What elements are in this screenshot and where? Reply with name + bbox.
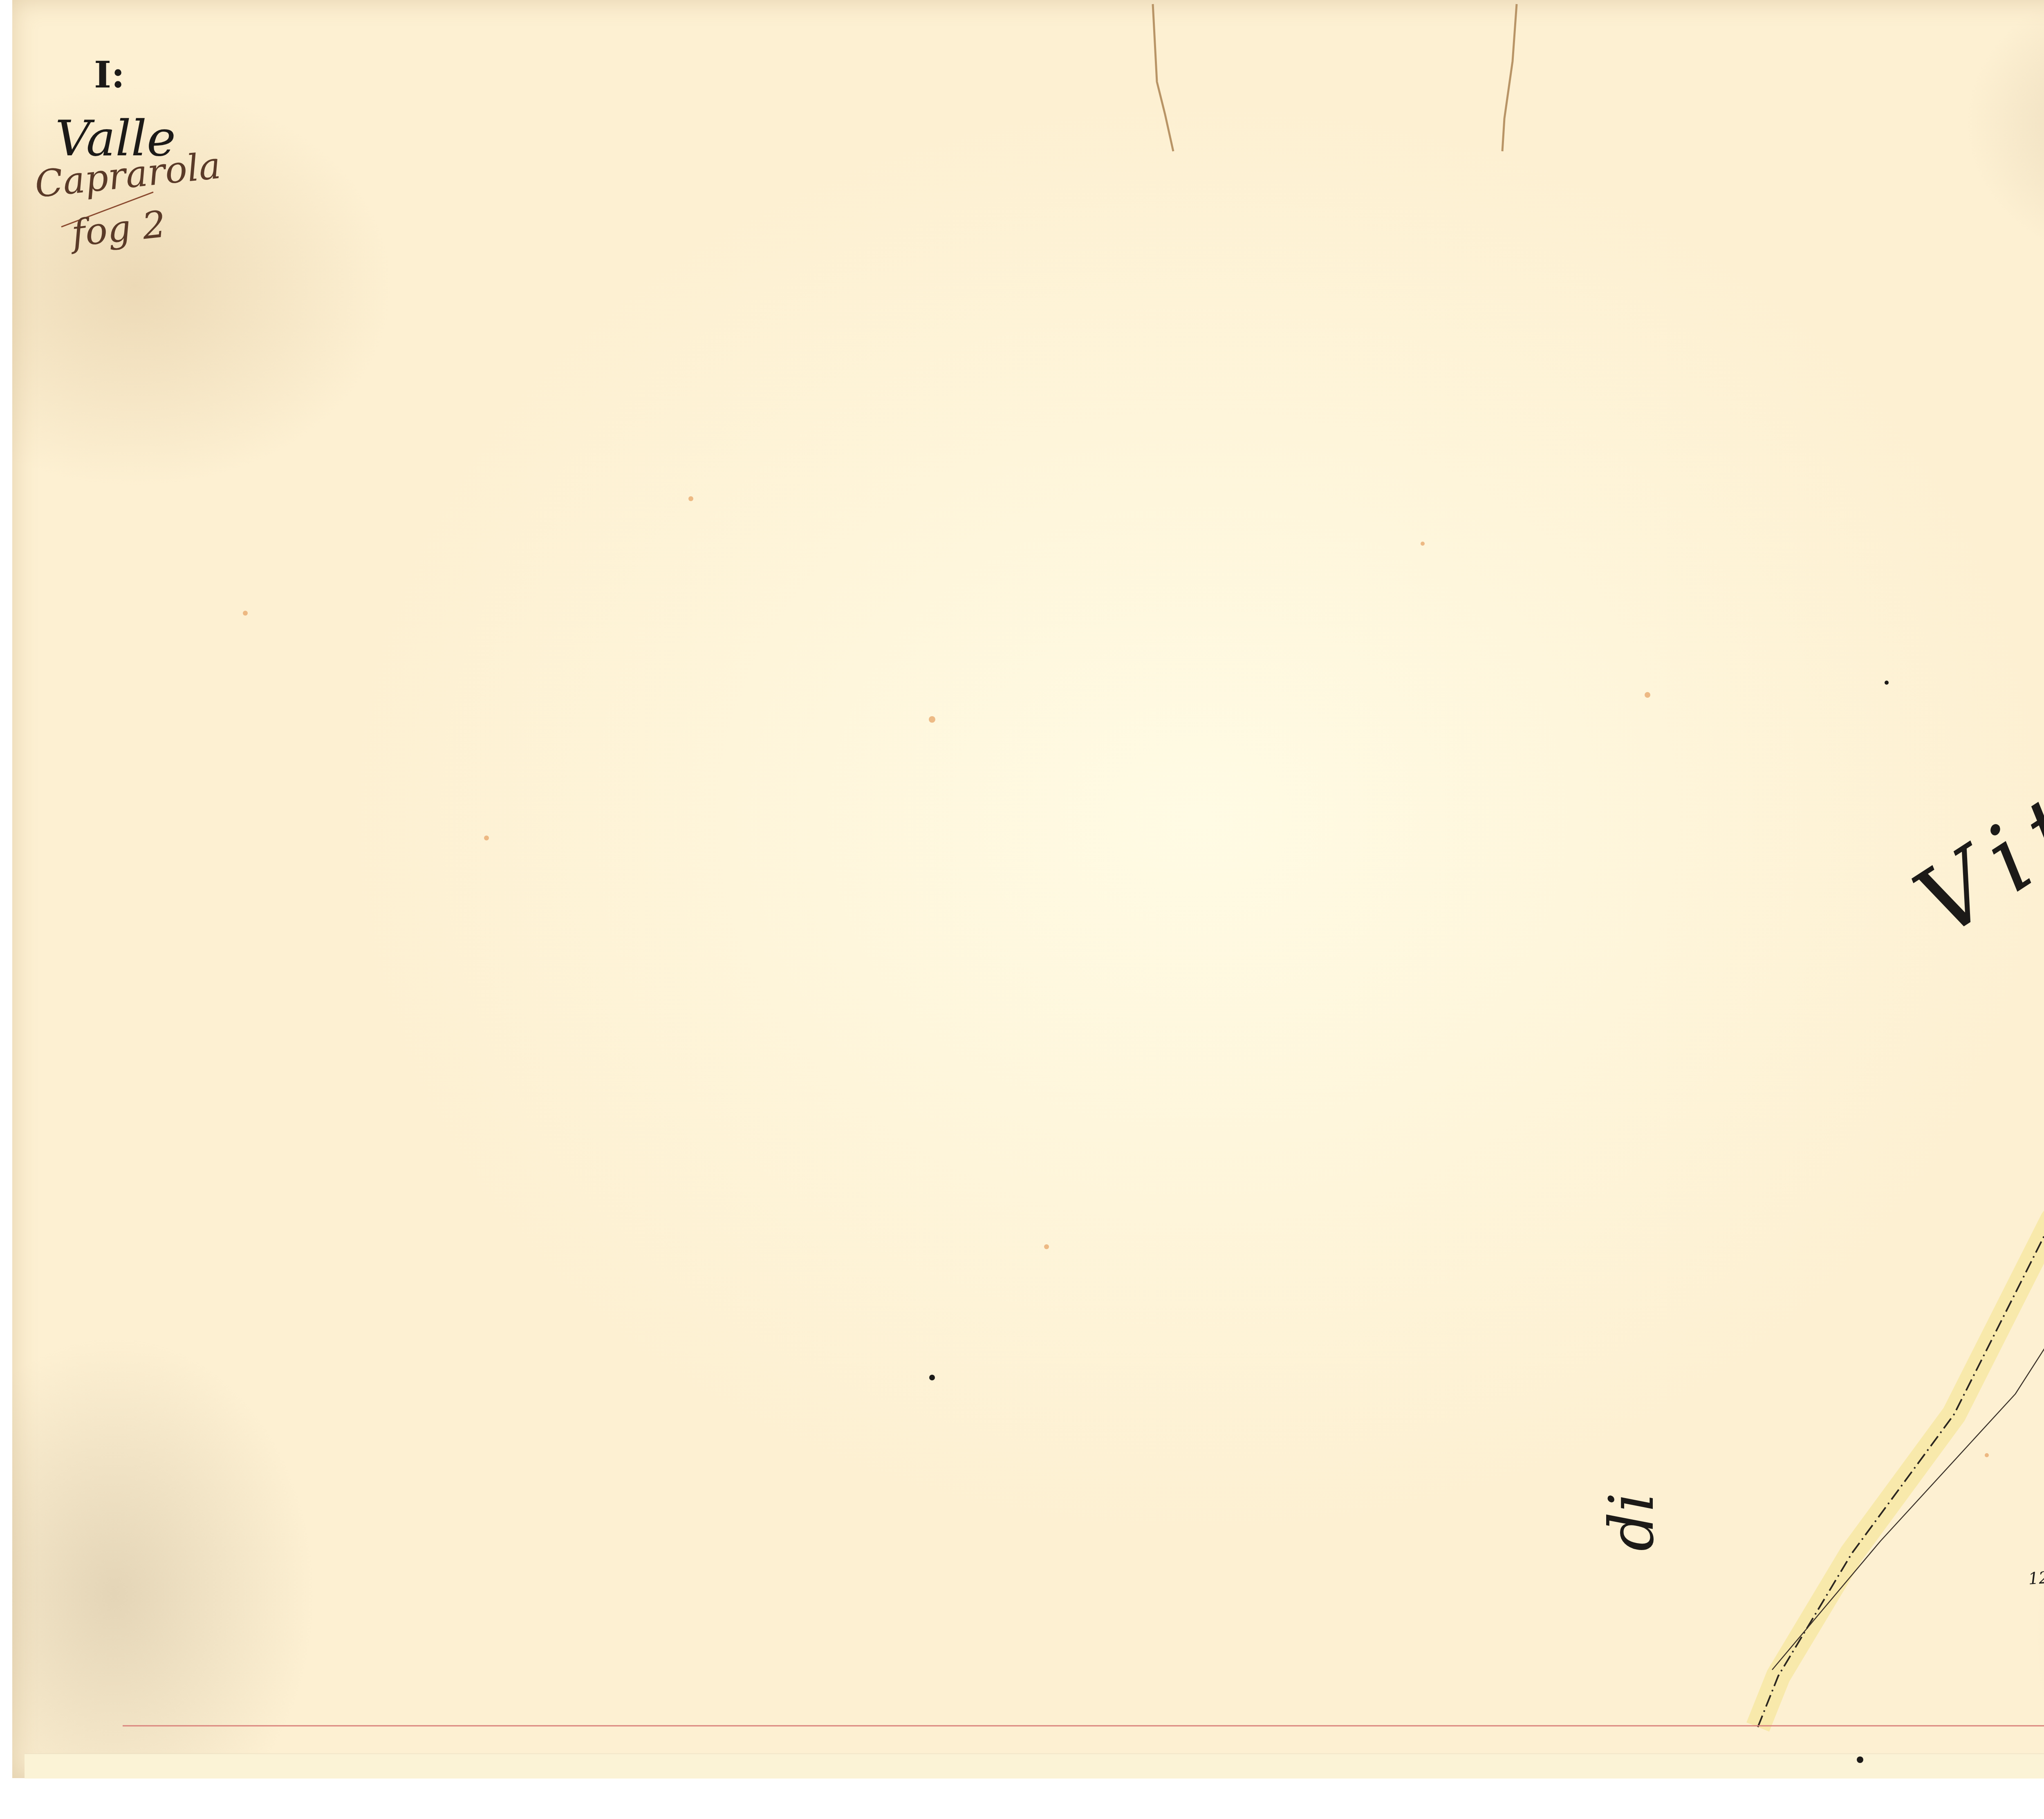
road-preposition-label: di [1596,1492,1667,1551]
map-drawing [0,0,2044,1819]
sheet-number: I: [94,53,125,96]
road-wash [1758,1030,2044,1727]
tear-line [1153,4,1173,151]
ink-spots [929,681,1889,1763]
tear-line [1502,4,1517,151]
foxing-spots [243,496,2044,1457]
